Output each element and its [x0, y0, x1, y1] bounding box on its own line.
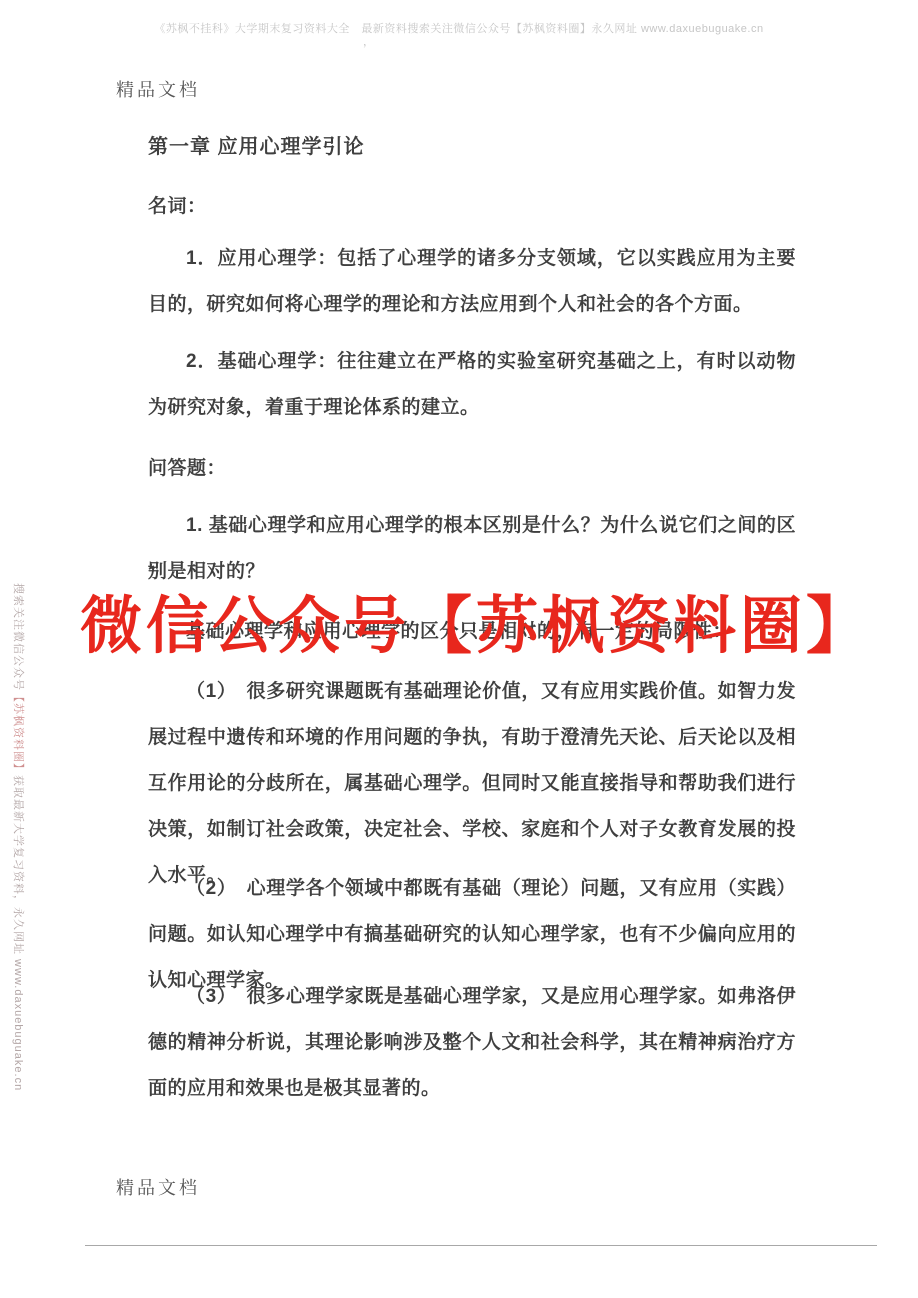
doc-quality-label-top: 精品文档	[116, 76, 200, 102]
term-definition-2: 2．基础心理学：往往建立在严格的实验室研究基础之上，有时以动物为研究对象，着重于…	[148, 339, 796, 431]
chapter-title: 第一章 应用心理学引论	[148, 124, 848, 170]
red-watermark-text: 微信公众号【苏枫资料圈】	[80, 590, 872, 664]
section-label-terms: 名词：	[148, 184, 796, 230]
doc-quality-label-bottom: 精品文档	[116, 1174, 200, 1200]
side-watermark-vertical-text: 搜索关注微信公众号【苏枫资料圈】获取最新大学复习资料，永久网址 www.daxu…	[11, 583, 27, 1091]
answer-point-3: （3） 很多心理学家既是基础心理学家，又是应用心理学家。如弗洛伊德的精神分析说，…	[148, 974, 796, 1112]
page-header-promo-text: 《苏枫不挂科》大学期末复习资料大全 最新资料搜索关注微信公众号【苏枫资料圈】永久…	[0, 20, 918, 36]
section-label-questions: 问答题：	[148, 446, 796, 492]
document-page: 《苏枫不挂科》大学期末复习资料大全 最新资料搜索关注微信公众号【苏枫资料圈】永久…	[0, 0, 918, 1298]
asterisk-mark: *	[148, 548, 796, 594]
footer-divider-line	[85, 1245, 877, 1246]
answer-point-1: （1） 很多研究课题既有基础理论价值，又有应用实践价值。如智力发展过程中遗传和环…	[148, 669, 796, 899]
term-definition-1: 1．应用心理学：包括了心理学的诸多分支领域，它以实践应用为主要目的，研究如何将心…	[148, 236, 796, 328]
side-note-prefix: 搜索关注微信公众号	[12, 583, 24, 691]
side-note-highlight: 【苏枫资料圈】	[12, 691, 24, 775]
header-stray-comma: ，	[363, 33, 374, 49]
side-note-suffix: 获取最新大学复习资料，永久网址 www.daxuebuguake.cn	[12, 775, 24, 1091]
